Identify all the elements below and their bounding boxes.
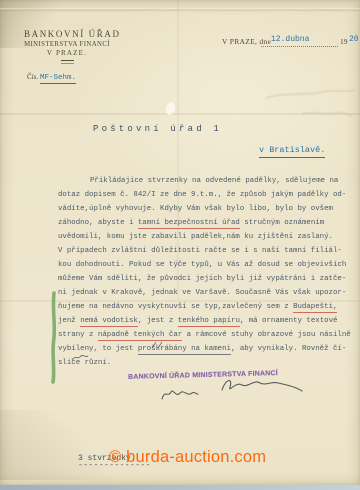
watermark: © burda-auction.com [109, 448, 266, 467]
green-crayon-mark [50, 292, 60, 384]
recipient-place: v Bratislavě. [259, 145, 325, 158]
dateline-printed-prefix: V PRAZE, dne [222, 37, 271, 46]
auction-photo: { "letterhead": { "line1": "BANKOVNÍ ÚŘA… [0, 0, 360, 490]
body-line: můžeme Vám sděliti, že původci jejich by… [58, 272, 358, 286]
body-line: kou dohodnouti. Pokud se týče typů, u Vá… [58, 258, 358, 272]
handwritten-correction-marks [150, 340, 270, 352]
reference-line: Čís. MF-Sehm. [27, 73, 76, 82]
dateline-typed-year: 20. [349, 35, 360, 44]
recipient-name: Poštovní úřad 1 [93, 124, 222, 134]
pencil-scribbles [262, 80, 358, 136]
body-line: ňujeme na nedávno vyskytnuvší se typ,zav… [58, 300, 358, 314]
reference-label: Čís. [27, 73, 38, 81]
dateline-dotted-leader [261, 46, 338, 47]
body-line: dotaz dopisem č. 842/I ze dne 9.t.m., že… [58, 188, 358, 202]
body-line: V případech zvláštní důležitosti račte s… [58, 244, 358, 258]
body-line: uvědomili, komu jste zabavili padělek,ná… [58, 230, 358, 244]
body-line: jenž nemá vodotisk, jest z tenkého papír… [58, 314, 358, 328]
handwritten-signature-left [160, 386, 200, 404]
letterhead-divider [61, 60, 74, 64]
body-line: ni jednak v Krakově, jednak ve Varšavě. … [58, 286, 358, 300]
letterhead-line1: BANKOVNÍ ÚŘAD [24, 29, 110, 39]
letterhead-line2: MINISTERSTVA FINANCÍ [24, 41, 110, 48]
letter-document: BANKOVNÍ ÚŘAD MINISTERSTVA FINANCÍ V PRA… [0, 0, 360, 485]
body-line: vádíte,úplně vyhovuje. Kdyby Vám však by… [58, 202, 358, 216]
handwritten-insertion-mark [70, 354, 90, 362]
paper-crease-top [0, 8, 360, 11]
body-line: slice různí. [58, 356, 358, 370]
letterhead-line3: V PRAZE. [24, 49, 110, 57]
handwritten-signature-right [218, 375, 304, 397]
letterhead: BANKOVNÍ ÚŘAD MINISTERSTVA FINANCÍ V PRA… [24, 29, 110, 64]
body-line: záhodno, abyste i tamní bezpečnostní úřa… [58, 216, 358, 230]
dateline-printed-century: 19 [340, 37, 348, 46]
body-line: Přikládajíce stvrzenky na odvedené paděl… [58, 174, 358, 188]
dateline-typed-date: 12.dubna [271, 35, 309, 44]
reference-number: MF-Sehm. [40, 74, 76, 84]
